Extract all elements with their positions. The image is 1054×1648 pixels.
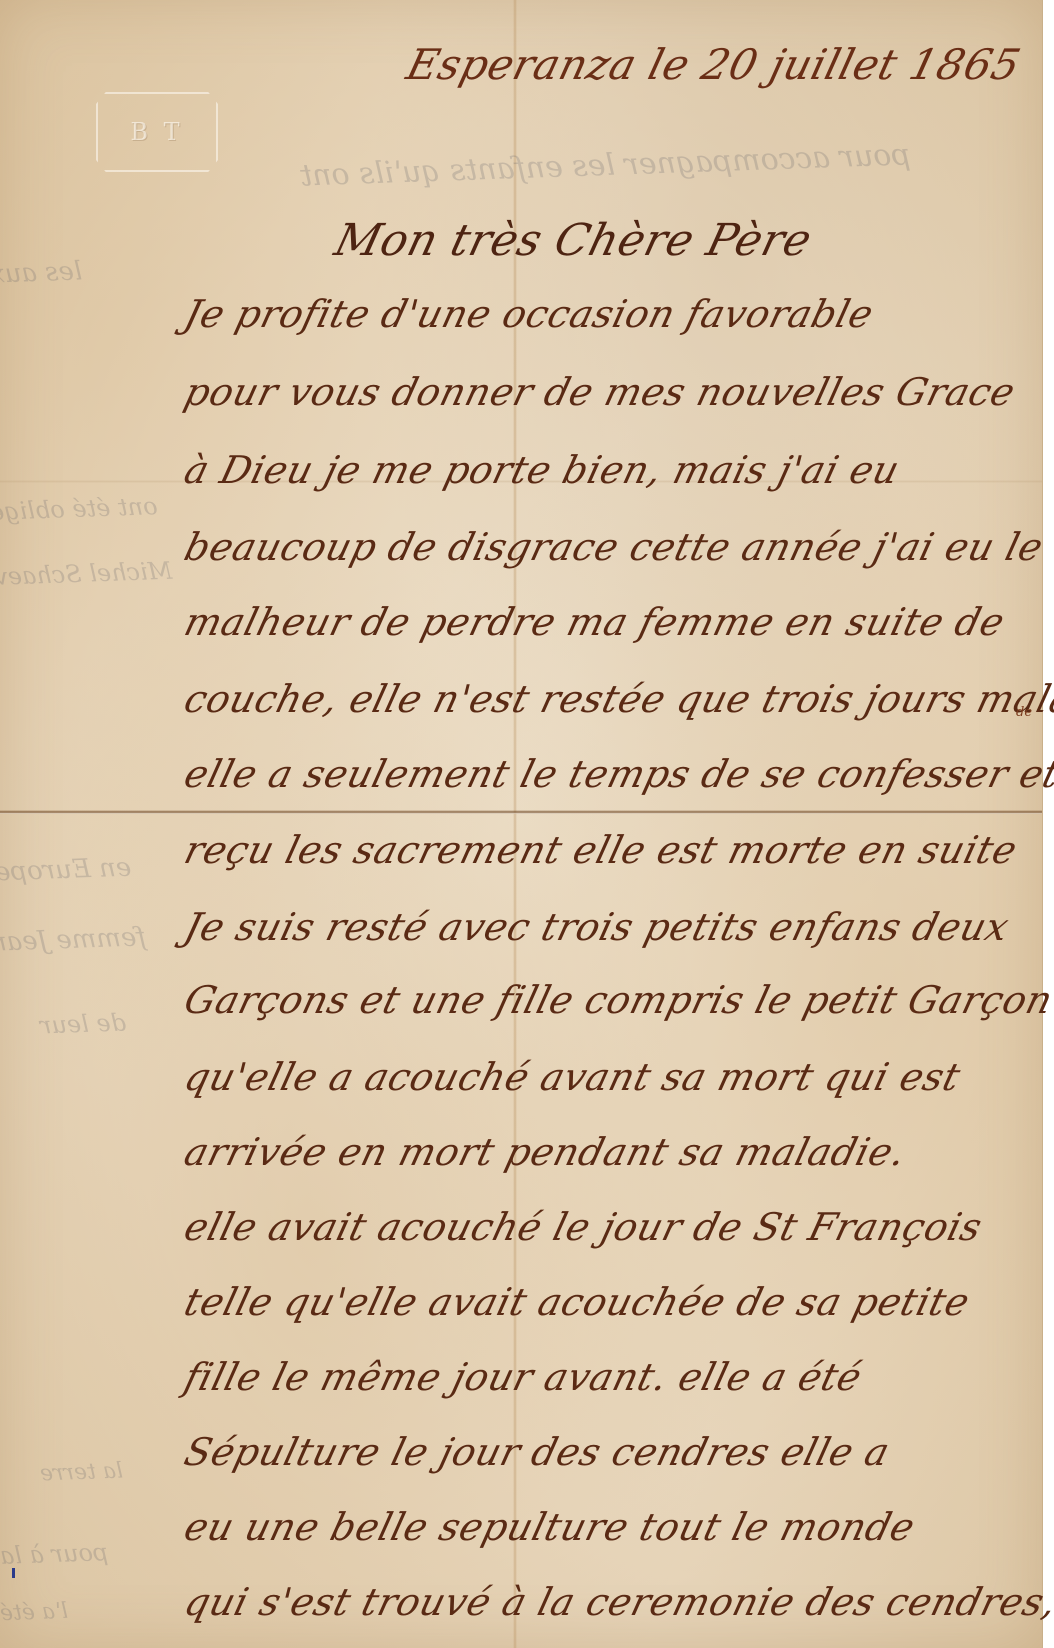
letter-line: arrivée en mort pendant sa maladie. xyxy=(180,1130,910,1174)
bleed-through-text: femme Jean xyxy=(0,922,147,957)
letter-line: telle qu'elle avait acouchée de sa petit… xyxy=(180,1280,974,1324)
letter-line: Je profite d'une occasion favorable xyxy=(180,292,878,336)
letter-line: beaucoup de disgrace cette année j'ai eu… xyxy=(180,525,1048,569)
margin-note: de xyxy=(1016,705,1032,720)
bleed-through-text: l'a été xyxy=(0,1599,68,1626)
letter-line: reçu les sacrement elle est morte en sui… xyxy=(180,828,1022,872)
letter-line: Sépulture le jour des cendres elle a xyxy=(180,1430,894,1474)
embossed-stamp: B T xyxy=(96,92,218,172)
letter-line: malheur de perdre ma femme en suite de xyxy=(180,600,1009,644)
letter-line: qu'elle a acouché avant sa mort qui est xyxy=(180,1055,965,1099)
letter-line: qui s'est trouvé à la ceremonie des cend… xyxy=(180,1580,1054,1624)
letter-salutation: Mon très Chère Père xyxy=(330,215,817,266)
letter-line: elle a seulement le temps de se confesse… xyxy=(180,752,1054,796)
letter-line: couche, elle n'est restée que trois jour… xyxy=(180,677,1054,721)
embossed-stamp-text: B T xyxy=(130,118,183,146)
bleed-through-text: la terre xyxy=(40,1459,124,1487)
bleed-through-text: pour à la xyxy=(0,1538,109,1570)
bleed-through-text: en Europe xyxy=(0,853,132,888)
letter-dateline: Esperanza le 20 juillet 1865 xyxy=(402,40,1026,89)
ink-mark xyxy=(12,1568,15,1578)
bleed-through-text: de leur xyxy=(40,1009,127,1040)
bleed-through-text: les aux xyxy=(0,256,83,289)
letter-line: Je suis resté avec trois petits enfans d… xyxy=(180,905,1014,949)
horizontal-fold-line xyxy=(0,810,1042,814)
letter-line: Garçons et une fille compris le petit Ga… xyxy=(180,978,1054,1022)
letter-line: elle avait acouché le jour de St Françoi… xyxy=(180,1205,987,1249)
letter-line: fille le même jour avant. elle a été xyxy=(180,1355,866,1399)
bleed-through-text: ont été obligé xyxy=(0,492,158,526)
letter-line: eu une belle sepulture tout le monde xyxy=(180,1505,920,1549)
letter-line: à Dieu je me porte bien, mais j'ai eu xyxy=(180,448,904,492)
bleed-through-text: pour accompagner les enfants qu'ils ont xyxy=(300,137,912,193)
letter-paper: B T pour accompagner les enfants qu'ils … xyxy=(0,0,1043,1648)
bleed-through-text: Michel Schaeve xyxy=(0,557,173,592)
letter-line: pour vous donner de mes nouvelles Grace xyxy=(180,370,1020,414)
